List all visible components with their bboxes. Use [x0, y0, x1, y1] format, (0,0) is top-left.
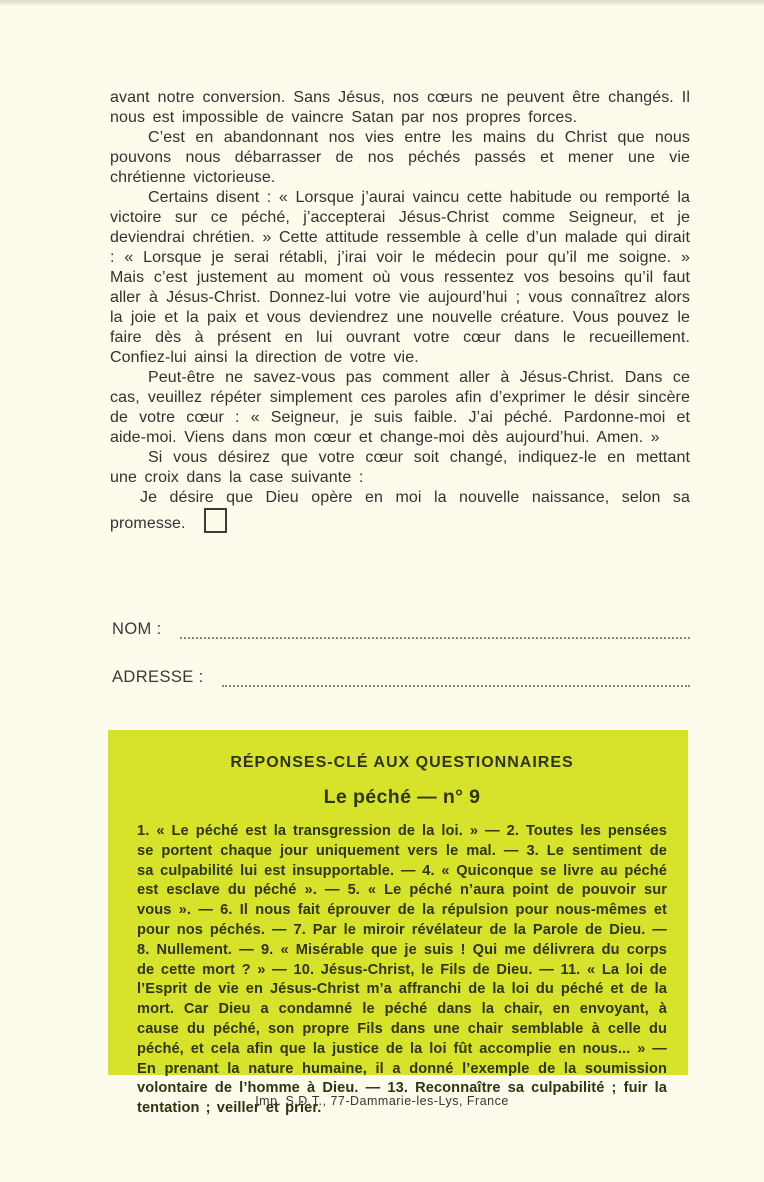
decision-checkbox[interactable]	[204, 508, 227, 533]
address-dotted-line[interactable]	[222, 668, 690, 687]
name-label: NOM :	[112, 620, 162, 642]
body-paragraph: avant notre conversion. Sans Jésus, nos …	[110, 88, 690, 128]
answers-title: RÉPONSES-CLÉ AUX QUESTIONNAIRES	[137, 754, 667, 772]
imprint-footer: Imp. S.D.T., 77-Dammarie-les-Lys, France	[0, 1094, 764, 1108]
answers-text: 1. « Le péché est la transgression de la…	[137, 822, 667, 1119]
answers-subtitle: Le péché — n° 9	[137, 786, 667, 809]
body-paragraph: Peut-être ne savez-vous pas comment alle…	[110, 368, 690, 448]
name-dotted-line[interactable]	[180, 620, 690, 639]
consent-text: Je désire que Dieu opère en moi la nouve…	[110, 489, 690, 532]
body-paragraph: C’est en abandonnant nos vies entre les …	[110, 128, 690, 188]
scanned-page: { "page": { "paper_color": "#fdfbec", "i…	[0, 0, 764, 1182]
name-field-row: NOM :	[112, 620, 690, 642]
body-text: avant notre conversion. Sans Jésus, nos …	[110, 88, 690, 534]
consent-line: Je désire que Dieu opère en moi la nouve…	[110, 488, 690, 534]
body-paragraph: Certains disent : « Lorsque j’aurai vain…	[110, 188, 690, 368]
scan-edge	[0, 0, 764, 7]
address-field-row: ADRESSE :	[112, 668, 690, 690]
body-paragraph: Si vous désirez que votre cœur soit chan…	[110, 448, 690, 488]
answers-box: RÉPONSES-CLÉ AUX QUESTIONNAIRES Le péché…	[108, 730, 688, 1075]
address-label: ADRESSE :	[112, 668, 204, 690]
